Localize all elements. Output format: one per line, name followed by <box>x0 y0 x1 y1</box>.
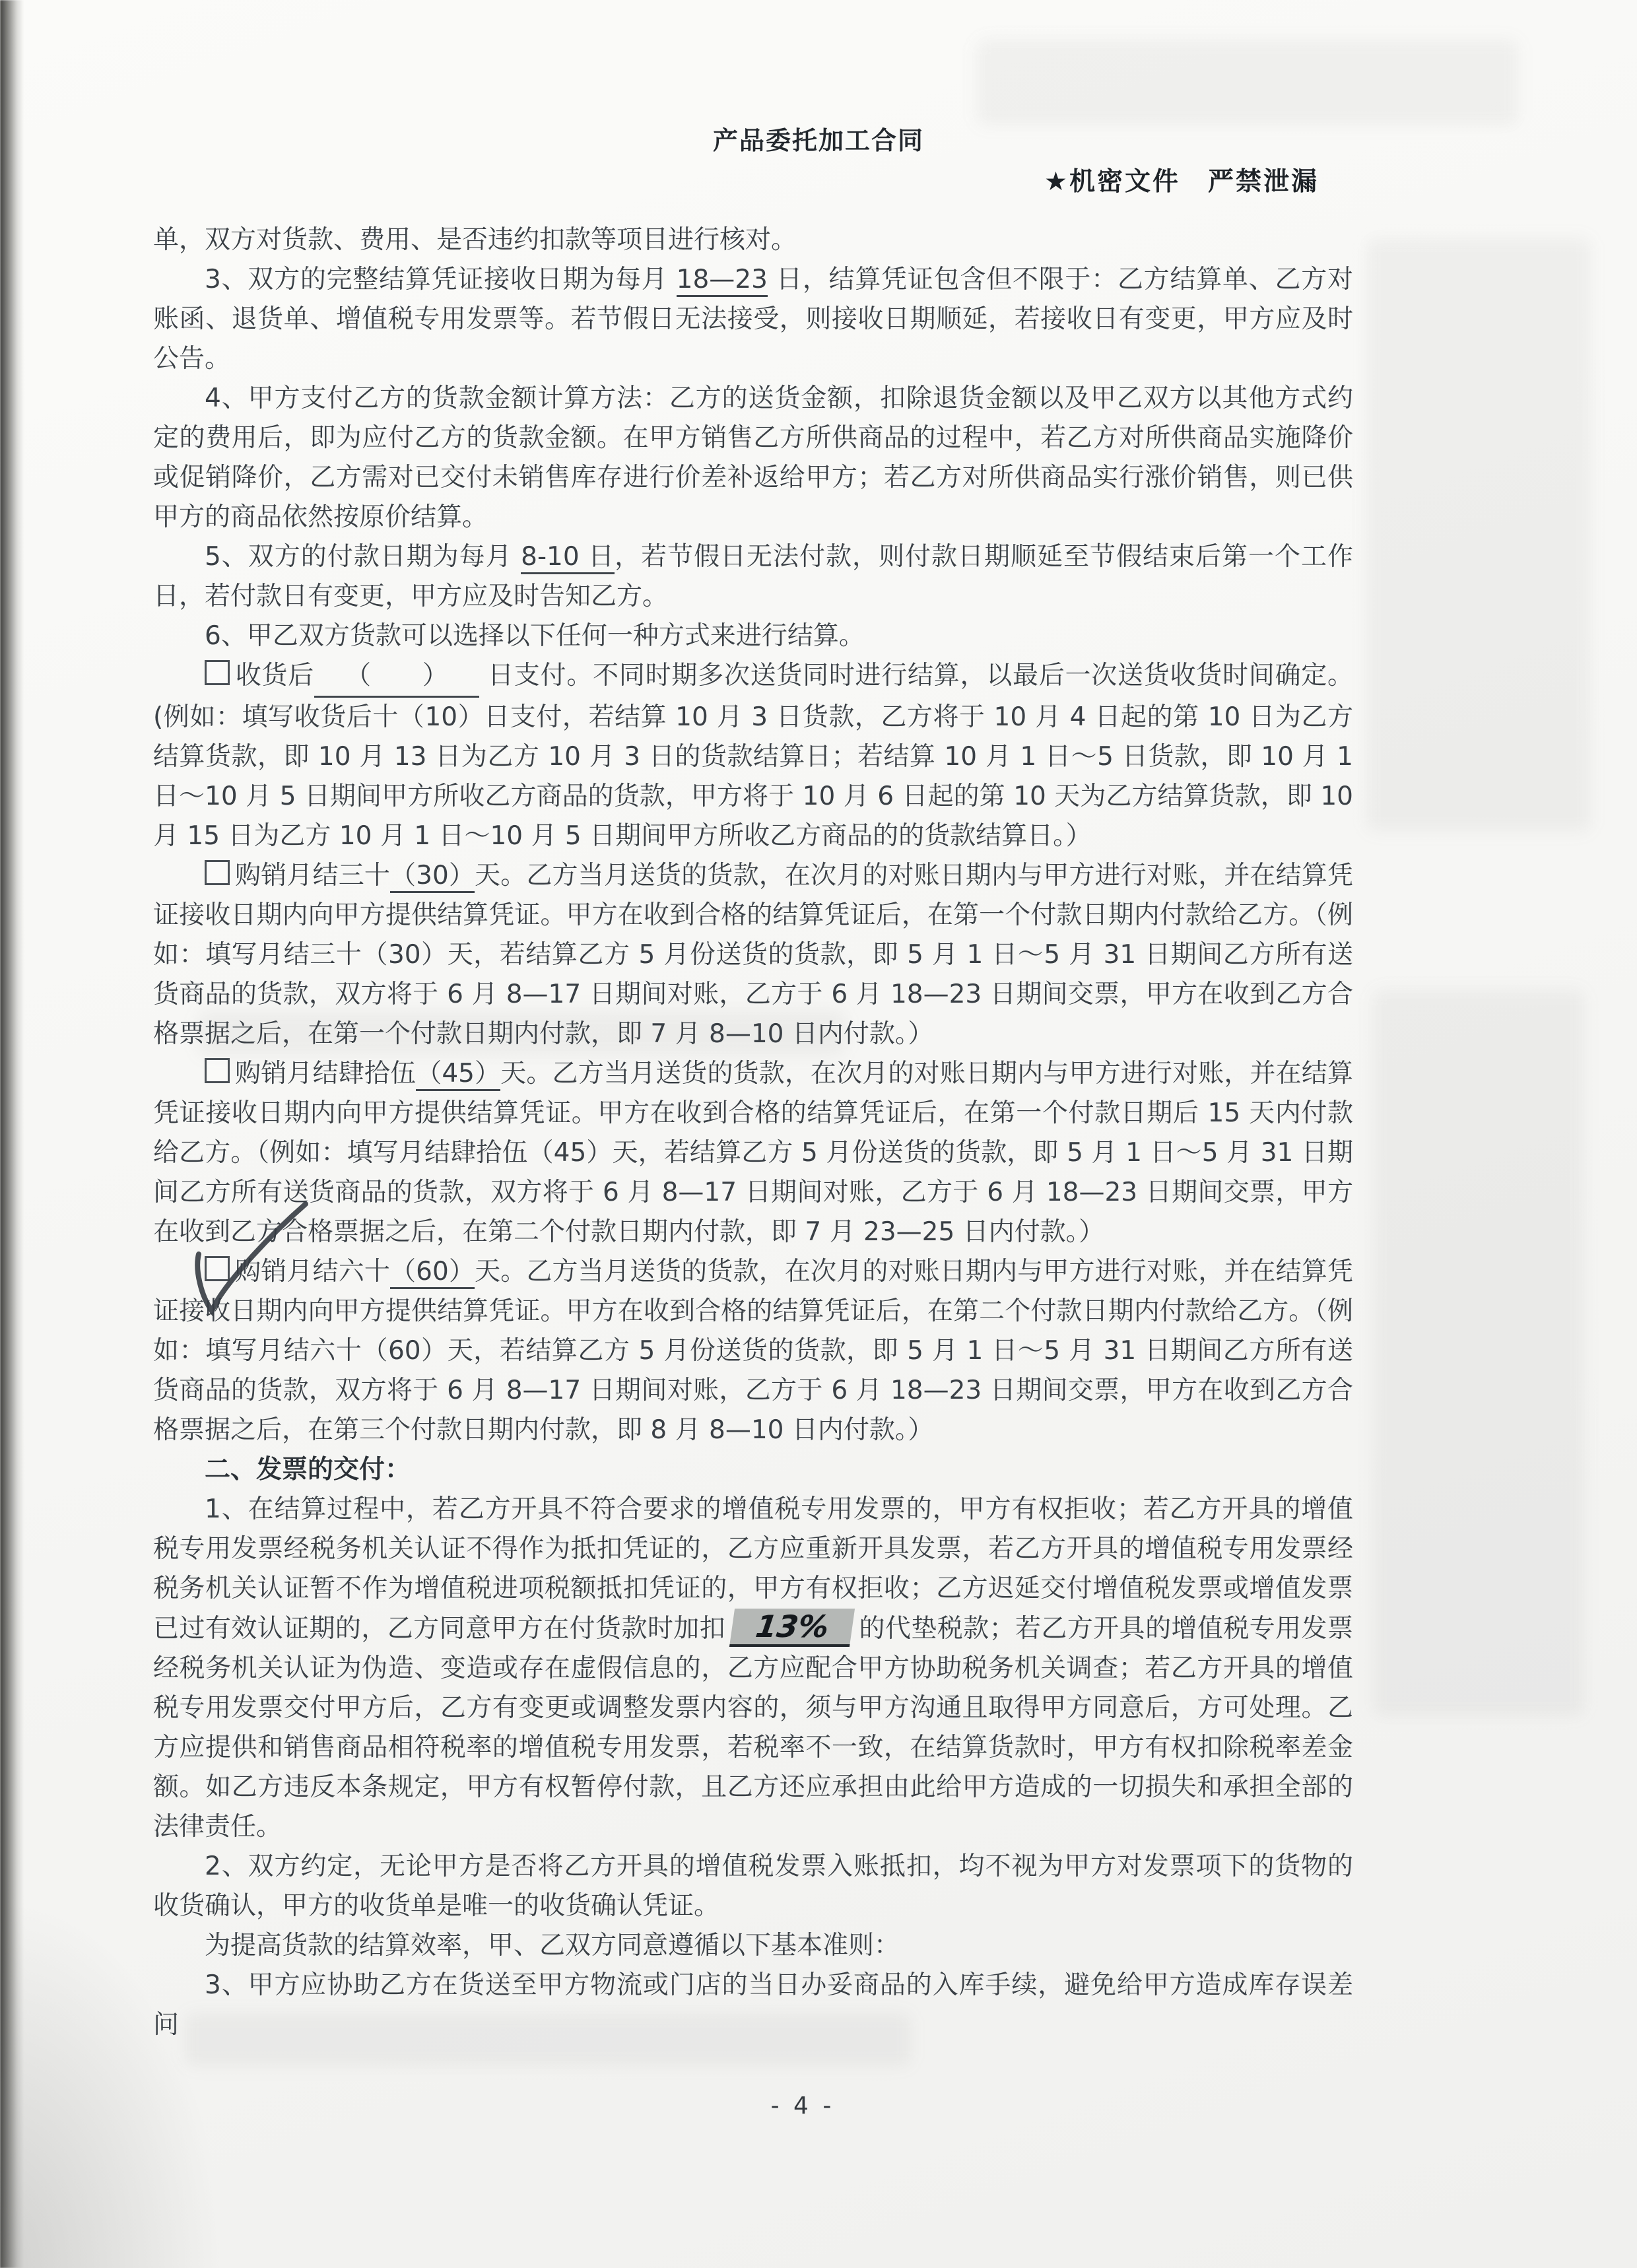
paragraph: 购销月结肆拾伍（45）天。乙方当月送货的货款，在次月的对账日期内与甲方进行对账，… <box>153 1054 1353 1252</box>
underlined-text: （45） <box>416 1059 500 1091</box>
paragraph: 1、在结算过程中，若乙方开具不符合要求的增值税专用发票的，甲方有权拒收；若乙方开… <box>153 1490 1353 1847</box>
text-run: 2、双方约定，无论甲方是否将乙方开具的增值税发票入账抵扣，均不视为甲方对发票项下… <box>153 1851 1353 1921</box>
scanned-contract-page: 产品委托加工合同 ★机密文件 严禁泄漏 单，双方对货款、费用、是否违约扣款等项目… <box>0 0 1637 2268</box>
page-title: 产品委托加工合同 <box>0 120 1637 156</box>
handwritten-tax-rate: 13% <box>729 1609 855 1647</box>
page-number: - 4 - <box>771 2092 835 2119</box>
text-run: 单，双方对货款、费用、是否违约扣款等项目进行核对。 <box>153 225 797 255</box>
text-run: 3、双方的完整结算凭证接收日期为每月 <box>205 265 677 294</box>
text-run: 购销月结三十 <box>235 861 390 890</box>
text-run: 6、甲乙双方货款可以选择以下任何一种方式来进行结算。 <box>205 621 865 651</box>
paragraph: 2、双方约定，无论甲方是否将乙方开具的增值税发票入账抵扣，均不视为甲方对发票项下… <box>153 1847 1353 1926</box>
bleed-through-smudge <box>1366 238 1591 832</box>
text-run: 二、发票的交付： <box>205 1455 411 1484</box>
bleed-through-smudge <box>977 40 1518 125</box>
paragraph: 购销月结三十（30）天。乙方当月送货的货款，在次月的对账日期内与甲方进行对账，并… <box>153 856 1353 1054</box>
paragraph: 单，双方对货款、费用、是否违约扣款等项目进行核对。 <box>153 220 1353 260</box>
underlined-text: （30） <box>390 861 475 893</box>
underlined-text: （60） <box>390 1257 475 1289</box>
underlined-text: 18—23 <box>677 265 768 297</box>
checkbox-icon <box>205 660 230 685</box>
text-run: 3、甲方应协助乙方在货送至甲方物流或门店的当日办妥商品的入库手续，避免给甲方造成… <box>153 1970 1353 2040</box>
paragraph: 购销月结六十（60）天。乙方当月送货的货款，在次月的对账日期内与甲方进行对账，并… <box>153 1252 1353 1450</box>
text-run: 5、双方的付款日期为每月 <box>205 542 521 572</box>
paragraph: 4、甲方支付乙方的货款金额计算方法：乙方的送货金额，扣除退货金额以及甲乙双方以其… <box>153 379 1353 537</box>
paragraph: 二、发票的交付： <box>153 1450 1353 1490</box>
text-run: 4、甲方支付乙方的货款金额计算方法：乙方的送货金额，扣除退货金额以及甲乙双方以其… <box>153 384 1353 532</box>
checkbox-checked-icon <box>205 1256 230 1281</box>
paragraph: 6、甲乙双方货款可以选择以下任何一种方式来进行结算。 <box>153 617 1353 656</box>
confidential-notice: ★机密文件 严禁泄漏 <box>1044 161 1319 198</box>
bleed-through-smudge <box>1373 990 1584 1716</box>
checkbox-icon <box>205 1058 230 1083</box>
text-run: 为提高货款的结算效率，甲、乙双方同意遵循以下基本准则： <box>205 1931 900 1960</box>
document-body: 单，双方对货款、费用、是否违约扣款等项目进行核对。3、双方的完整结算凭证接收日期… <box>153 220 1353 2045</box>
paragraph: 为提高货款的结算效率，甲、乙双方同意遵循以下基本准则： <box>153 1926 1353 1966</box>
underlined-text: 8-10 日 <box>521 542 615 574</box>
blank-fill-in-field: （ ） <box>314 656 479 698</box>
text-run: 收货后 <box>235 661 314 690</box>
checkbox-icon <box>205 860 230 885</box>
text-run: 的代垫税款；若乙方开具的增值税专用发票经税务机关认证为伪造、变造或存在虚假信息的… <box>153 1614 1353 1842</box>
paragraph: 3、甲方应协助乙方在货送至甲方物流或门店的当日办妥商品的入库手续，避免给甲方造成… <box>153 1966 1353 2045</box>
paragraph: 5、双方的付款日期为每月 8-10 日，若节假日无法付款，则付款日期顺延至节假结… <box>153 537 1353 617</box>
paragraph: 3、双方的完整结算凭证接收日期为每月 18—23 日，结算凭证包含但不限于：乙方… <box>153 260 1353 379</box>
text-run: 购销月结六十 <box>235 1257 390 1286</box>
text-run: 购销月结肆拾伍 <box>235 1059 416 1088</box>
paragraph: 收货后（ ） 日支付。不同时期多次送货同时进行结算，以最后一次送货收货时间确定。… <box>153 656 1353 856</box>
